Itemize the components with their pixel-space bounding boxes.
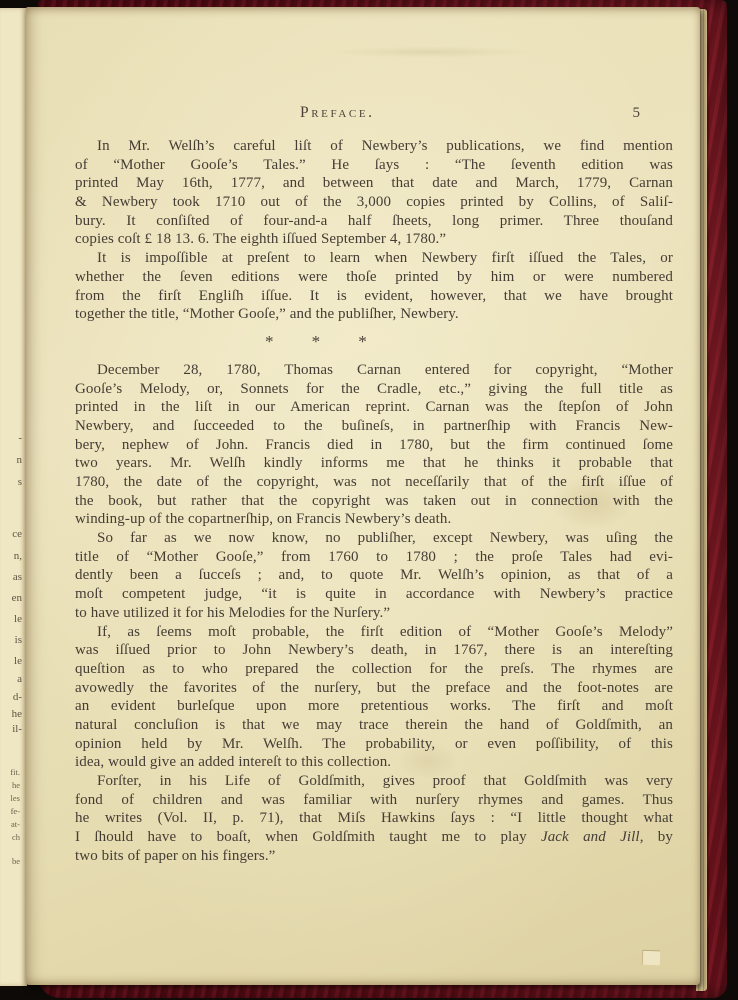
text-segment: title of “Mother Gooſe,” from 1760 to 17… (75, 549, 673, 565)
text-line: Forſter, in his Life of Goldſmith, gives… (75, 772, 673, 791)
text-line: bury. It conſiſted of four-and-a half ſh… (75, 212, 673, 231)
text-segment: two bits of paper on his fingers.” (75, 848, 275, 864)
text-line: together the title, “Mother Gooſe,” and … (75, 305, 673, 324)
paragraph: In Mr. Welſh’s careful liſt of Newbery’s… (75, 137, 673, 249)
text-line: natural concluſion is that we may trace … (75, 716, 673, 735)
text-line: an evident burleſque upon more pretentio… (75, 697, 673, 716)
edge-text-fragment: n (0, 455, 22, 466)
text-segment: he writes (Vol. II, p. 71), that Miſs Ha… (75, 810, 673, 826)
edge-text-fragment: a (0, 674, 22, 685)
text-line: the book, but rather that the copyright … (75, 492, 673, 511)
paragraph: If, as ſeems moſt probable, the firſt ed… (75, 623, 673, 773)
edge-text-fragment: le (0, 656, 22, 667)
header-title: Preface. (300, 104, 375, 122)
text-line: & Newbery took 1710 out of the 3,000 cop… (75, 193, 673, 212)
paragraph: So far as we now know, no publiſher, exc… (75, 529, 673, 622)
text-line: whether the ſeven editions were thoſe pr… (75, 268, 673, 287)
text-segment: two years. Mr. Welſh kindly informs me t… (75, 455, 673, 471)
text-segment: natural concluſion is that we may trace … (75, 717, 673, 733)
paragraph: December 28, 1780, Thomas Carnan entered… (75, 361, 673, 529)
text-segment: moſt competent judge, “it is quite in ac… (75, 586, 673, 602)
text-line: queſtion as to who prepared the collecti… (75, 660, 673, 679)
text-line: moſt competent judge, “it is quite in ac… (75, 585, 673, 604)
text-segment: the book, but rather that the copyright … (75, 493, 673, 509)
text-line: In Mr. Welſh’s careful liſt of Newbery’s… (75, 137, 673, 156)
edge-text-fragment: il- (0, 724, 22, 735)
text-line: copies coſt £ 18 13. 6. The eighth iſſue… (75, 230, 673, 249)
text-segment: I ſhould have to boaſt, when Goldſmith t… (75, 829, 541, 845)
text-line: December 28, 1780, Thomas Carnan entered… (75, 361, 673, 380)
edge-text-fragment: ch (0, 832, 20, 843)
edge-text-fragment: les (0, 793, 20, 804)
asterisk: * (265, 333, 274, 352)
text-line: to have utilized it for his Melodies for… (75, 604, 673, 623)
edge-text-fragment: - (0, 433, 22, 444)
edge-text-fragment: d- (0, 692, 22, 703)
page-header: Preface. 5 (75, 104, 673, 123)
text-line: of “Mother Gooſe’s Tales.” He ſays : “Th… (75, 156, 673, 175)
body-text: In Mr. Welſh’s careful liſt of Newbery’s… (75, 137, 673, 865)
text-line: Gooſe’s Melody, or, Sonnets for the Crad… (75, 380, 673, 399)
edge-text-fragment: is (0, 635, 22, 646)
edge-text-fragment: le (0, 614, 22, 625)
section-break-stars: *** (75, 324, 673, 361)
text-segment: printed in the liſt in our American repr… (75, 399, 673, 415)
text-segment: winding-up of the copartnerſhip, on Fran… (75, 511, 451, 527)
text-line: bery, nephew of John. Francis died in 17… (75, 436, 673, 455)
text-segment: an evident burleſque upon more pretentio… (75, 698, 673, 714)
text-segment: Forſter, in his Life of Goldſmith, gives… (97, 773, 673, 789)
paragraph: It is impoſſible at preſent to learn whe… (75, 249, 673, 324)
edge-text-fragment: he (0, 709, 22, 720)
text-segment: fond of children and was familiar with n… (75, 792, 673, 808)
text-segment: avowedly the favorites of the nurſery, b… (75, 680, 673, 696)
text-line: was iſſued prior to John Newbery’s death… (75, 641, 673, 660)
text-line: avowedly the favorites of the nurſery, b… (75, 679, 673, 698)
text-line: dently been a ſucceſs ; and, to quote Mr… (75, 566, 673, 585)
text-line: printed May 16th, 1777, and between that… (75, 174, 673, 193)
text-line: If, as ſeems moſt probable, the firſt ed… (75, 623, 673, 642)
text-line: opinion held by Mr. Welſh. The probabili… (75, 735, 673, 754)
edge-text-fragment: he (0, 780, 20, 791)
text-segment: It is impoſſible at preſent to learn whe… (97, 250, 673, 266)
text-segment: If, as ſeems moſt probable, the firſt ed… (97, 624, 673, 640)
facing-page-edge: -nscen,asenleislead-heil-fit.helesfe-at-… (0, 8, 27, 986)
text-segment: dently been a ſucceſs ; and, to quote Mr… (75, 567, 673, 583)
book-photo: -nscen,asenleislead-heil-fit.helesfe-at-… (0, 0, 738, 1000)
text-line: two bits of paper on his fingers.” (75, 847, 673, 866)
text-segment: 1780, the date of the copyright, was not… (75, 474, 673, 490)
text-segment: Jack and Jill (541, 829, 640, 845)
edge-text-fragment: s (0, 477, 22, 488)
text-segment: was iſſued prior to John Newbery’s death… (75, 642, 673, 658)
text-line: 1780, the date of the copyright, was not… (75, 473, 673, 492)
text-line: Newbery, and ſucceeded to the buſineſs, … (75, 417, 673, 436)
edge-text-fragment: at- (0, 819, 20, 830)
text-segment: December 28, 1780, Thomas Carnan entered… (97, 362, 673, 378)
text-segment: printed May 16th, 1777, and between that… (75, 175, 673, 191)
text-segment: whether the ſeven editions were thoſe pr… (75, 269, 673, 285)
paragraph: Forſter, in his Life of Goldſmith, gives… (75, 772, 673, 865)
page-corner-crease (642, 950, 661, 966)
text-line: he writes (Vol. II, p. 71), that Miſs Ha… (75, 809, 673, 828)
text-line: fond of children and was familiar with n… (75, 791, 673, 810)
edge-text-fragment: ce (0, 529, 22, 540)
text-line: idea, would give an added intereſt to th… (75, 753, 673, 772)
text-line: title of “Mother Gooſe,” from 1760 to 17… (75, 548, 673, 567)
text-segment: opinion held by Mr. Welſh. The probabili… (75, 736, 673, 752)
text-segment: idea, would give an added intereſt to th… (75, 754, 391, 770)
text-line: from the firſt Engliſh iſſue. It is evid… (75, 287, 673, 306)
text-segment: In Mr. Welſh’s careful liſt of Newbery’s… (97, 138, 673, 154)
asterisk: * (358, 333, 367, 352)
text-segment: copies coſt £ 18 13. 6. The eighth iſſue… (75, 231, 446, 247)
text-segment: Gooſe’s Melody, or, Sonnets for the Crad… (75, 381, 673, 397)
text-line: It is impoſſible at preſent to learn whe… (75, 249, 673, 268)
edge-text-fragment: fe- (0, 806, 20, 817)
text-segment: to have utilized it for his Melodies for… (75, 605, 390, 621)
text-line: two years. Mr. Welſh kindly informs me t… (75, 454, 673, 473)
text-segment: , by (640, 829, 673, 845)
text-segment: from the firſt Engliſh iſſue. It is evid… (75, 288, 673, 304)
text-segment: together the title, “Mother Gooſe,” and … (75, 306, 459, 322)
text-line: winding-up of the copartnerſhip, on Fran… (75, 510, 673, 529)
edge-text-fragment: en (0, 593, 22, 604)
text-column: Preface. 5 In Mr. Welſh’s careful liſt o… (75, 104, 673, 865)
text-segment: of “Mother Gooſe’s Tales.” He ſays : “Th… (75, 157, 673, 173)
asterisk: * (312, 333, 321, 352)
text-segment: bury. It conſiſted of four-and-a half ſh… (75, 213, 673, 229)
edge-text-fragment: as (0, 572, 22, 583)
text-segment: queſtion as to who prepared the collecti… (75, 661, 673, 677)
page-number: 5 (633, 105, 641, 122)
text-line: I ſhould have to boaſt, when Goldſmith t… (75, 828, 673, 847)
edge-text-fragment: fit. (0, 767, 20, 778)
text-segment: bery, nephew of John. Francis died in 17… (75, 437, 673, 453)
text-segment: So far as we now know, no publiſher, exc… (97, 530, 673, 546)
text-line: printed in the liſt in our American repr… (75, 398, 673, 417)
text-line: So far as we now know, no publiſher, exc… (75, 529, 673, 548)
text-segment: Newbery, and ſucceeded to the buſineſs, … (75, 418, 673, 434)
text-segment: & Newbery took 1710 out of the 3,000 cop… (75, 194, 673, 210)
edge-text-fragment: n, (0, 551, 22, 562)
edge-text-fragment: be (0, 856, 20, 867)
